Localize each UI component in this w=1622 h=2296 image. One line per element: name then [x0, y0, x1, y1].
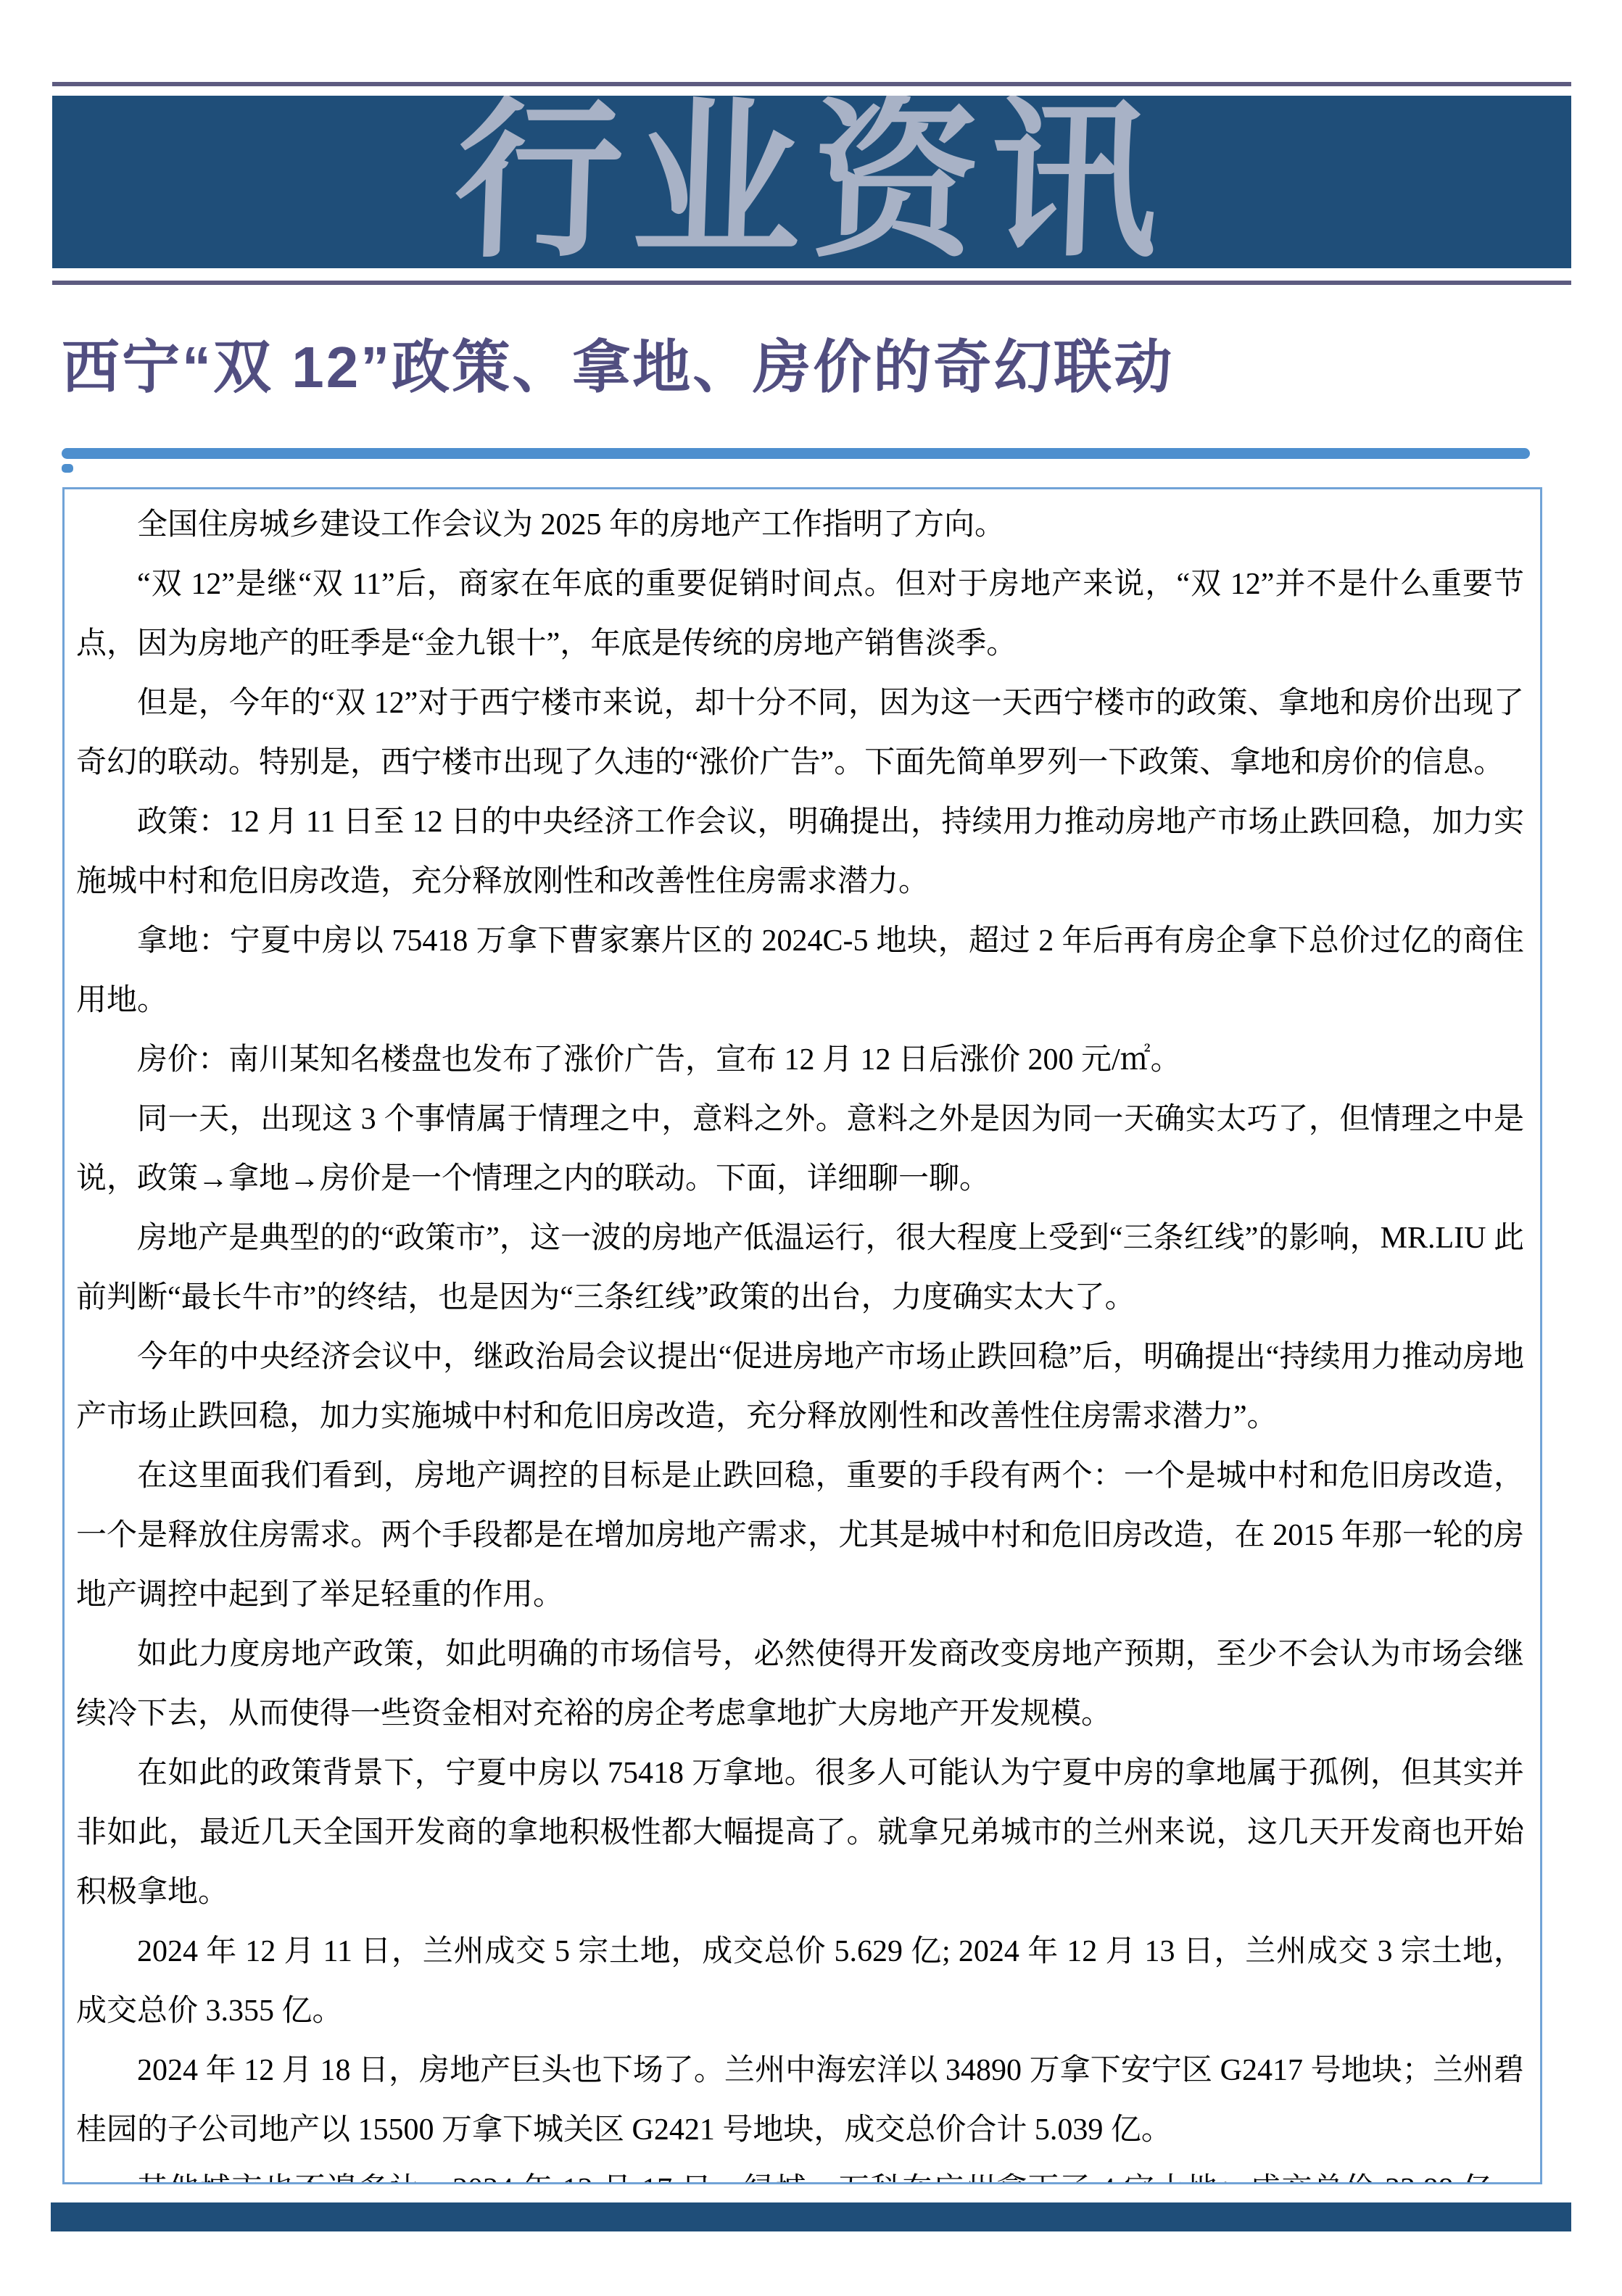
article-paragraph: 拿地：宁夏中房以 75418 万拿下曹家寨片区的 2024C-5 地块，超过 2…	[76, 911, 1524, 1030]
article-body-box: 全国住房城乡建设工作会议为 2025 年的房地产工作指明了方向。“双 12”是继…	[62, 487, 1542, 2184]
article-paragraph: 今年的中央经济会议中，继政治局会议提出“促进房地产市场止跌回稳”后，明确提出“持…	[76, 1327, 1524, 1446]
title-divider-tick	[62, 464, 73, 473]
banner-bottom-rule-line	[52, 281, 1571, 285]
article-title: 西宁“双 12”政策、拿地、房价的奇幻联动	[62, 325, 1555, 410]
article-paragraph: 但是，今年的“双 12”对于西宁楼市来说，却十分不同，因为这一天西宁楼市的政策、…	[76, 674, 1524, 792]
article-paragraph: 在如此的政策背景下，宁夏中房以 75418 万拿地。很多人可能认为宁夏中房的拿地…	[76, 1744, 1524, 1922]
article-paragraph: 房价：南川某知名楼盘也发布了涨价广告，宣布 12 月 12 日后涨价 200 元…	[76, 1030, 1524, 1090]
top-rule-line	[52, 82, 1571, 86]
article-paragraph: 同一天，出现这 3 个事情属于情理之中，意料之外。意料之外是因为同一天确实太巧了…	[76, 1090, 1524, 1209]
article-paragraph: 政策：12 月 11 日至 12 日的中央经济工作会议，明确提出，持续用力推动房…	[76, 792, 1524, 911]
article-paragraph: 房地产是典型的的“政策市”，这一波的房地产低温运行，很大程度上受到“三条红线”的…	[76, 1209, 1524, 1327]
article-paragraph: 其他城市也不遑多让，2024 年 12 月 17 日，绿城、万科在广州拿下了 4…	[76, 2160, 1524, 2184]
article-paragraph: 2024 年 12 月 11 日，兰州成交 5 宗土地，成交总价 5.629 亿…	[76, 1922, 1524, 2041]
masthead-banner: 行业资讯	[52, 96, 1571, 268]
article-paragraph: “双 12”是继“双 11”后，商家在年底的重要促销时间点。但对于房地产来说，“…	[76, 555, 1524, 674]
newsletter-page: { "banner": { "title": "行业资讯", "bg_color…	[0, 0, 1622, 2296]
article-paragraph: 在这里面我们看到，房地产调控的目标是止跌回稳，重要的手段有两个：一个是城中村和危…	[76, 1446, 1524, 1625]
article-paragraph: 如此力度房地产政策，如此明确的市场信号，必然使得开发商改变房地产预期，至少不会认…	[76, 1625, 1524, 1744]
footer-bar	[51, 2202, 1571, 2231]
article-paragraph: 2024 年 12 月 18 日，房地产巨头也下场了。兰州中海宏洋以 34890…	[76, 2041, 1524, 2160]
article-paragraph: 全国住房城乡建设工作会议为 2025 年的房地产工作指明了方向。	[76, 495, 1524, 555]
masthead-title: 行业资讯	[452, 96, 1171, 268]
title-divider-bar	[62, 448, 1530, 459]
